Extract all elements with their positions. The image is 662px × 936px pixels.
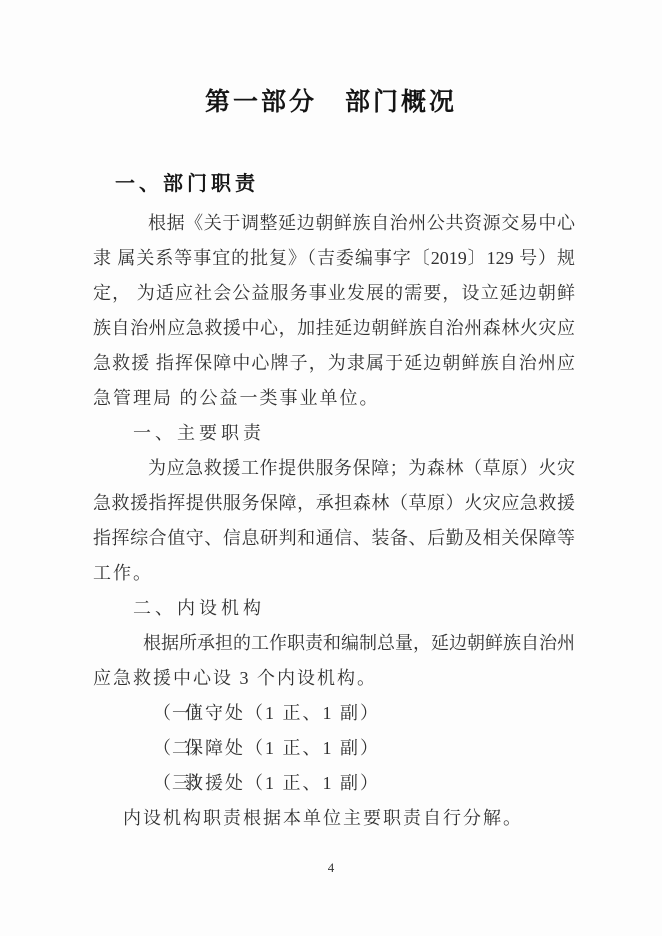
paragraph-line: 根据所承担的工作职责和编制总量，延边朝鲜族自治州 (93, 626, 575, 661)
paragraph-line: 为应急救援工作提供服务保障；为森林（草原）火灾应 (93, 451, 575, 486)
closing-line: 内设机构职责根据本单位主要职责自行分解。 (93, 801, 575, 836)
document-page: 第一部分 部门概况 一、部门职责 根据《关于调整延边朝鲜族自治州公共资源交易中心… (0, 0, 662, 936)
list-item-text: 救援处（1 正、1 副） (185, 773, 380, 793)
subheading-internal-structure: 二、内设机构 (93, 591, 575, 626)
list-item-text: 保障处（1 正、1 副） (185, 738, 380, 758)
doc-title: 第一部分 部门概况 (0, 80, 662, 124)
paragraph-line: 急救援 指挥保障中心牌子，为隶属于延边朝鲜族自治州应 (93, 346, 575, 381)
paragraph-line: 应急救援中心设 3 个内设机构。 (93, 661, 575, 696)
paragraph-line: 急救援指挥提供服务保障，承担森林（草原）火灾应急救援 (93, 486, 575, 521)
paragraph-line: 隶 属关系等事宜的批复》（吉委编事字〔2019〕129 号）规 (93, 241, 575, 276)
list-item-number: （一） (123, 696, 185, 731)
section-heading: 一、部门职责 (115, 168, 259, 198)
paragraph-line: 根据《关于调整延边朝鲜族自治州公共资源交易中心 (93, 206, 575, 241)
list-item: （二）保障处（1 正、1 副） (93, 731, 575, 766)
list-item-number: （三） (123, 766, 185, 801)
list-item: （一）值守处（1 正、1 副） (93, 696, 575, 731)
list-item-number: （二） (123, 731, 185, 766)
subheading-main-duties: 一、主要职责 (93, 416, 575, 451)
list-item-text: 值守处（1 正、1 副） (185, 703, 380, 723)
paragraph-line: 急管理局 的公益一类事业单位。 (93, 381, 575, 416)
page-number: 4 (0, 858, 662, 878)
paragraph-line: 指挥综合值守、信息研判和通信、装备、后勤及相关保障等 (93, 521, 575, 556)
document-body: 根据《关于调整延边朝鲜族自治州公共资源交易中心 隶 属关系等事宜的批复》（吉委编… (93, 206, 575, 836)
list-item: （三）救援处（1 正、1 副） (93, 766, 575, 801)
paragraph-line: 工作。 (93, 556, 575, 591)
paragraph-line: 族自治州应急救援中心，加挂延边朝鲜族自治州森林火灾应 (93, 311, 575, 346)
paragraph-line: 定， 为适应社会公益服务事业发展的需要，设立延边朝鲜 (93, 276, 575, 311)
